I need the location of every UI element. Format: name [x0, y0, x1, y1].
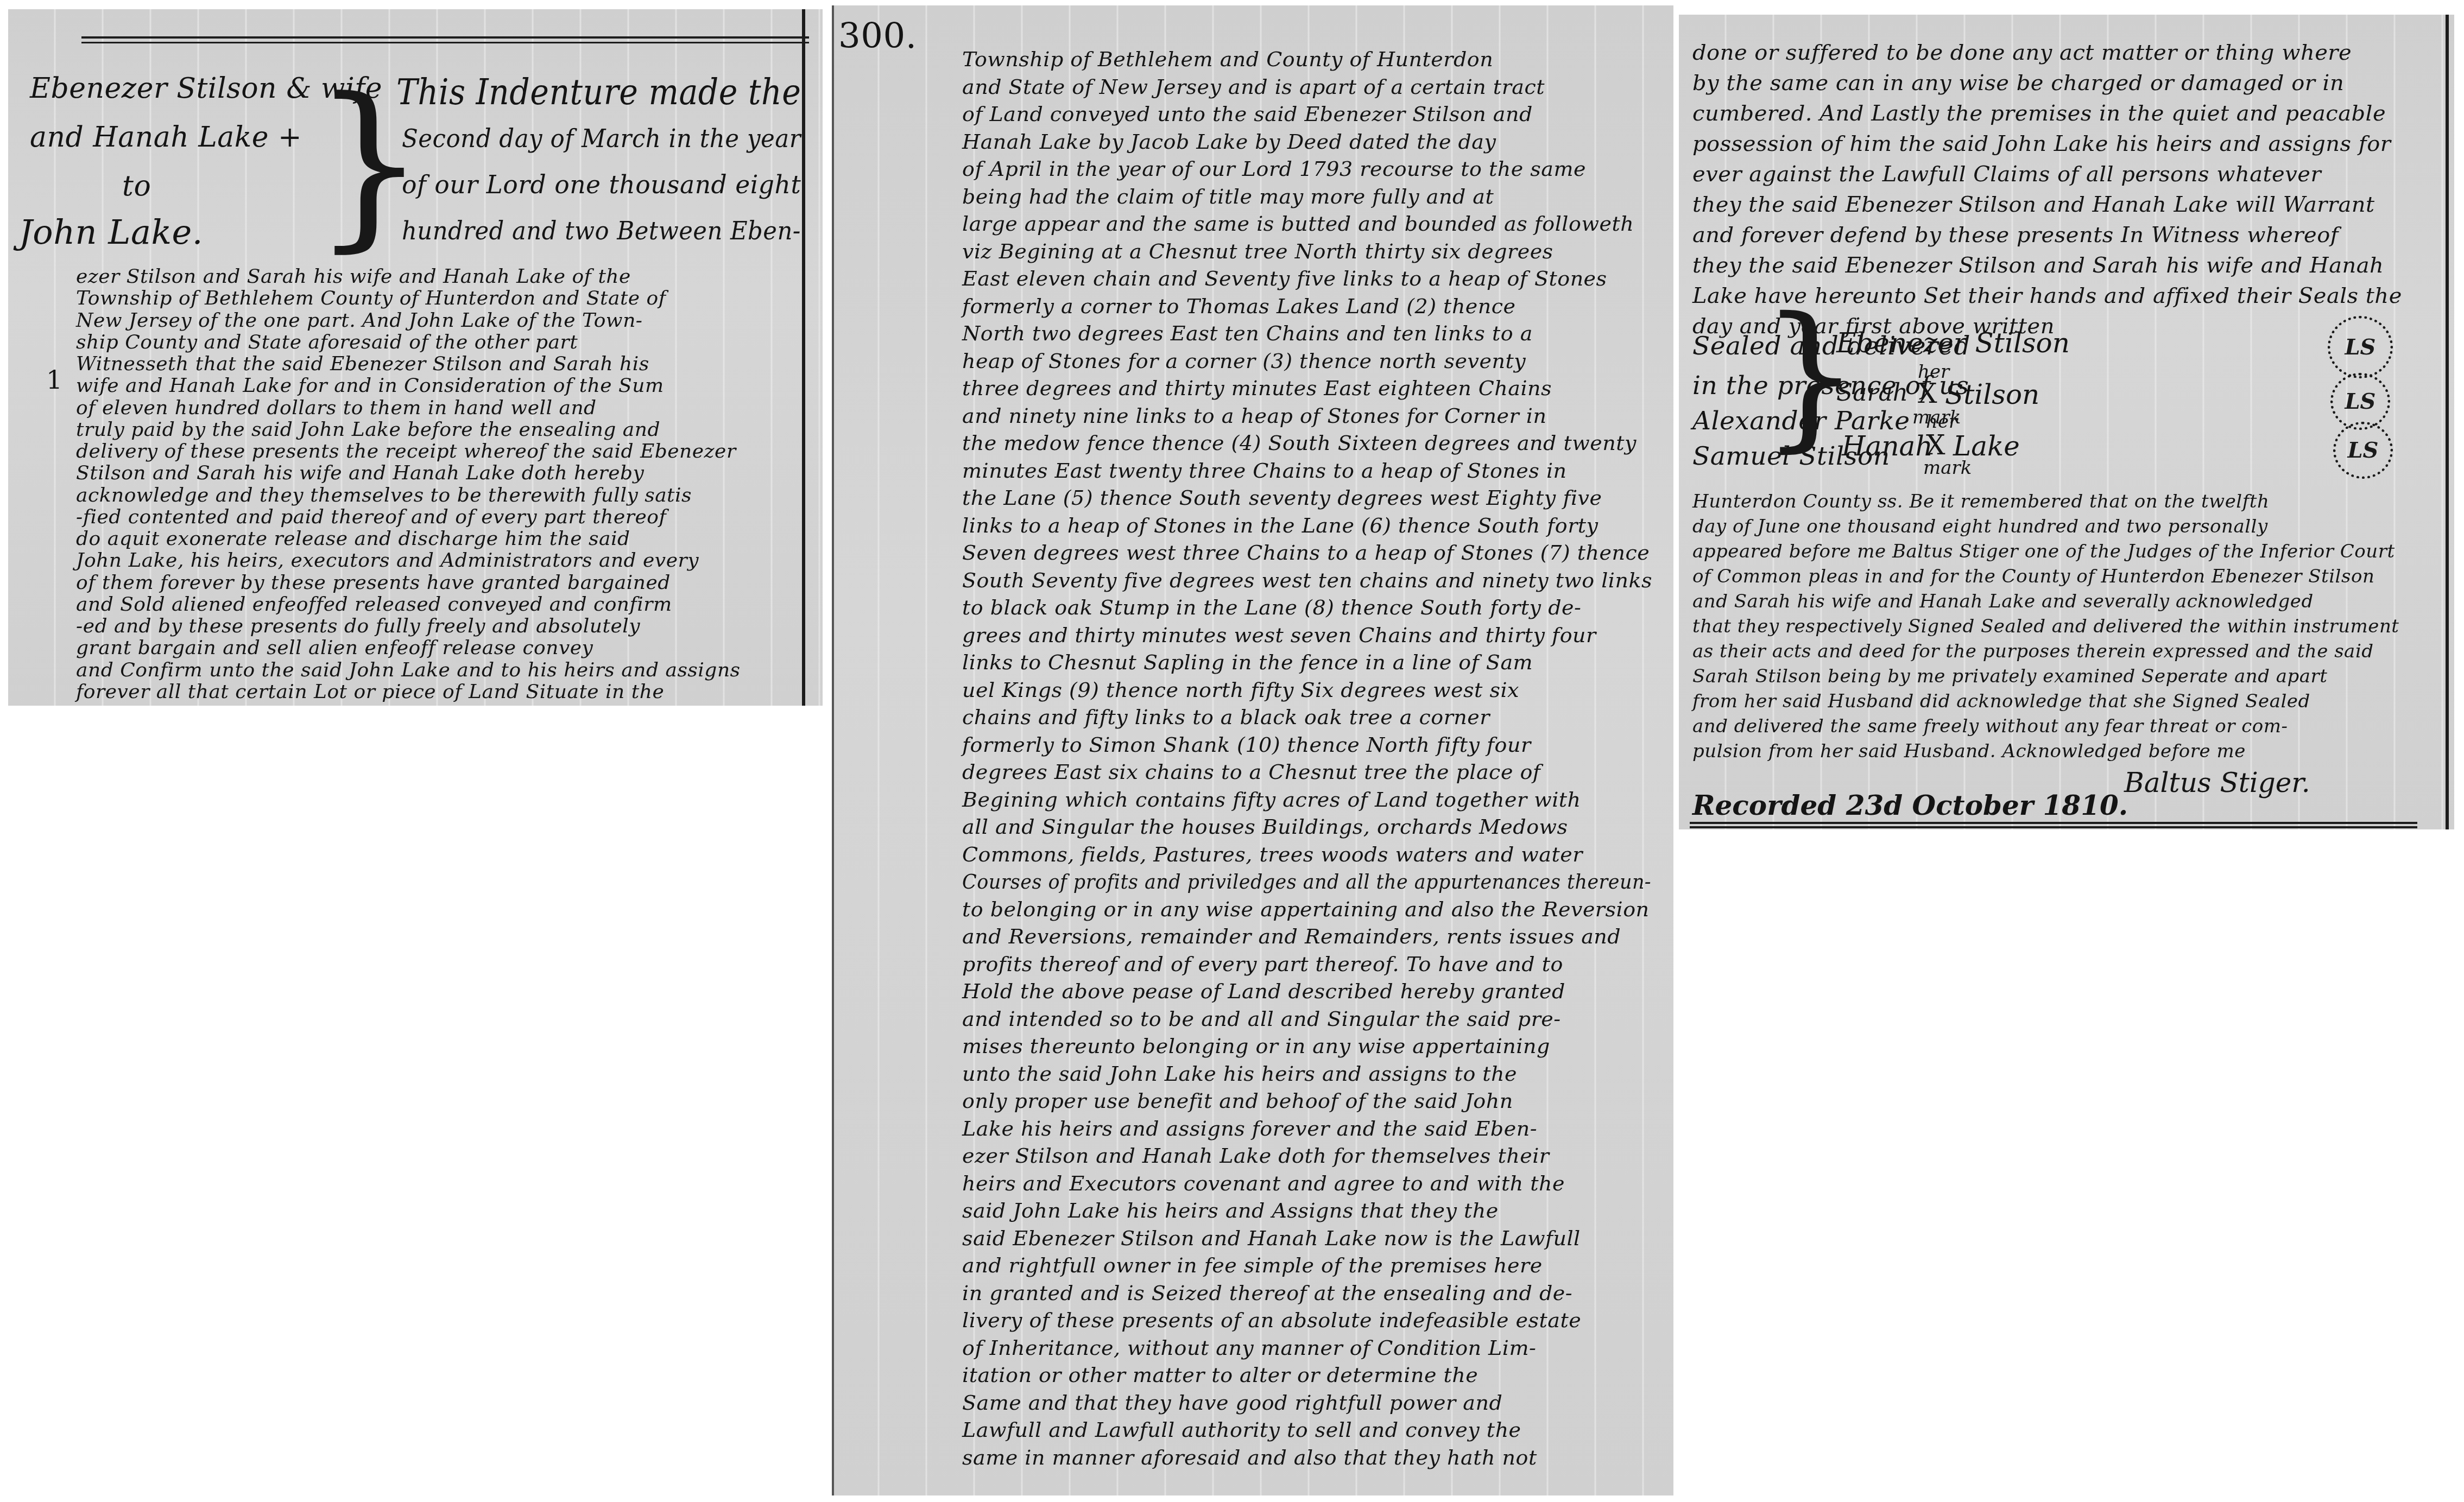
text-line: North two degrees East ten Chains and te… — [962, 323, 1533, 344]
text-line: profits thereof and of every part thereo… — [962, 954, 1563, 974]
text-line: Township of Bethlehem and County of Hunt… — [962, 49, 1493, 69]
text-line: Hold the above pease of Land described h… — [962, 981, 1565, 1002]
text-line: and ninety nine links to a heap of Stone… — [962, 405, 1546, 426]
text-line: degrees East six chains to a Chesnut tre… — [962, 762, 1540, 782]
text-line: appeared before me Baltus Stiger one of … — [1692, 542, 2395, 561]
bottom-double-rule-2 — [1690, 826, 2417, 828]
text-line: of April in the year of our Lord 1793 re… — [962, 159, 1586, 179]
text-line: Courses of profits and priviledges and a… — [962, 871, 1651, 892]
signature-sarah-last: Stilson — [1945, 381, 2039, 408]
left-margin-rule — [832, 5, 834, 1495]
text-line: that they respectively Signed Sealed and… — [1692, 617, 2399, 636]
text-line: formerly a corner to Thomas Lakes Land (… — [962, 296, 1516, 316]
text-line: day of June one thousand eight hundred a… — [1692, 517, 2268, 536]
text-line: uel Kings (9) thence north fifty Six deg… — [962, 680, 1519, 700]
text-line: only proper use benefit and behoof of th… — [962, 1091, 1513, 1111]
text-line: Hunterdon County ss. Be it remembered th… — [1692, 492, 2269, 511]
text-line: minutes East twenty three Chains to a he… — [962, 460, 1567, 481]
text-line: Lake his heirs and assigns forever and t… — [962, 1118, 1537, 1139]
text-line: in granted and is Seized thereof at the … — [962, 1283, 1572, 1303]
signature-hanah-cross: X — [1926, 432, 1945, 459]
text-line: of Land conveyed unto the said Ebenezer … — [962, 104, 1533, 124]
text-line: Commons, fields, Pastures, trees woods w… — [962, 844, 1583, 865]
text-line: Seven degrees west three Chains to a hea… — [962, 542, 1650, 563]
text-line: the medow fence thence (4) South Sixteen… — [962, 433, 1637, 453]
seal-icon: LS — [2333, 422, 2393, 479]
text-line: being had the claim of title may more fu… — [962, 186, 1494, 207]
text-line: heirs and Executors covenant and agree t… — [962, 1173, 1565, 1194]
right-page: done or suffered to be done any act matt… — [1679, 15, 2454, 829]
text-line: three degrees and thirty minutes East ei… — [962, 378, 1552, 398]
text-line: large appear and the same is butted and … — [962, 213, 1634, 234]
text-line: Sarah Stilson being by me privately exam… — [1692, 667, 2328, 686]
text-line: mises thereunto belonging or in any wise… — [962, 1036, 1550, 1056]
seal-label: LS — [2347, 438, 2378, 463]
signature-hanah-first: Hanah — [1842, 433, 1933, 460]
text-line: as their acts and deed for the purposes … — [1692, 642, 2374, 661]
text-line: done or suffered to be done any act matt… — [1692, 42, 2352, 64]
text-line: viz Begining at a Chesnut tree North thi… — [962, 241, 1553, 262]
text-line: to black oak Stump in the Lane (8) thenc… — [962, 597, 1581, 618]
left-page-text-overlay — [8, 9, 823, 706]
signature-sarah-first: Sarah — [1836, 381, 1908, 405]
text-line: links to Chesnut Sapling in the fence in… — [962, 652, 1533, 673]
text-line: and Sarah his wife and Hanah Lake and se… — [1692, 592, 2314, 611]
text-line: all and Singular the houses Buildings, o… — [962, 816, 1568, 837]
text-line: chains and fifty links to a black oak tr… — [962, 707, 1490, 727]
text-line: East eleven chain and Seventy five links… — [962, 268, 1607, 289]
text-line: livery of these presents of an absolute … — [962, 1310, 1581, 1330]
text-line: unto the said John Lake his heirs and as… — [962, 1063, 1517, 1084]
text-line: pulsion from her said Husband. Acknowled… — [1692, 742, 2246, 760]
text-line: possession of him the said John Lake his… — [1692, 133, 2391, 155]
text-line: from her said Husband did acknowledge th… — [1692, 692, 2310, 711]
text-line: Hanah Lake by Jacob Lake by Deed dated t… — [962, 131, 1496, 152]
text-line: links to a heap of Stones in the Lane (6… — [962, 515, 1599, 536]
text-line: and State of New Jersey and is apart of … — [962, 77, 1545, 97]
text-line: Begining which contains fifty acres of L… — [962, 789, 1581, 810]
signature-ebenezer: Ebenezer Stilson — [1836, 329, 2070, 357]
signature-hanah-mark: mark — [1923, 457, 1972, 479]
seal-label: LS — [2345, 334, 2375, 360]
judge-signature: Baltus Stiger. — [2124, 769, 2310, 796]
page-number: 300. — [838, 19, 917, 54]
text-line: and Reversions, remainder and Remainders… — [962, 926, 1621, 947]
text-line: ever against the Lawfull Claims of all p… — [1692, 163, 2321, 185]
text-line: and delivered the same freely without an… — [1692, 717, 2288, 736]
text-line: and forever defend by these presents In … — [1692, 224, 2339, 246]
bottom-double-rule — [1690, 822, 2417, 824]
seal-label: LS — [2345, 389, 2375, 414]
signature-sarah-cross: X — [1918, 380, 1937, 407]
text-line: by the same can in any wise be charged o… — [1692, 72, 2344, 94]
text-line: and intended so to be and all and Singul… — [962, 1009, 1561, 1029]
text-line: to belonging or in any wise appertaining… — [962, 899, 1650, 920]
text-line: heap of Stones for a corner (3) thence n… — [962, 351, 1526, 371]
text-line: the Lane (5) thence South seventy degree… — [962, 487, 1602, 508]
text-line: same in manner aforesaid and also that t… — [962, 1447, 1537, 1468]
text-line: they the said Ebenezer Stilson and Sarah… — [1692, 255, 2384, 276]
text-line: cumbered. And Lastly the premises in the… — [1692, 103, 2386, 124]
text-line: said John Lake his heirs and Assigns tha… — [962, 1200, 1499, 1221]
text-line: itation or other matter to alter or dete… — [962, 1365, 1478, 1385]
seal-icon: LS — [2328, 316, 2393, 378]
signature-hanah-last: Lake — [1953, 433, 2020, 460]
text-line: of Inheritance, without any manner of Co… — [962, 1338, 1536, 1358]
text-line: Lawfull and Lawfull authority to sell an… — [962, 1419, 1521, 1440]
right-margin-rule — [2446, 15, 2449, 829]
recorded-date: Recorded 23d October 1810. — [1692, 792, 2128, 819]
text-line: Same and that they have good rightfull p… — [962, 1392, 1502, 1413]
text-line: grees and thirty minutes west seven Chai… — [962, 625, 1596, 645]
text-line: formerly to Simon Shank (10) thence Nort… — [962, 734, 1531, 755]
text-line: said Ebenezer Stilson and Hanah Lake now… — [962, 1228, 1581, 1249]
text-line: ezer Stilson and Hanah Lake doth for the… — [962, 1145, 1549, 1166]
text-line: they the said Ebenezer Stilson and Hanah… — [1692, 194, 2375, 216]
text-line: and rightfull owner in fee simple of the… — [962, 1255, 1543, 1276]
text-line: of Common pleas in and for the County of… — [1692, 567, 2374, 586]
text-line: South Seventy five degrees west ten chai… — [962, 570, 1652, 591]
middle-page: 300. Township of Bethlehem and County of… — [832, 5, 1673, 1495]
